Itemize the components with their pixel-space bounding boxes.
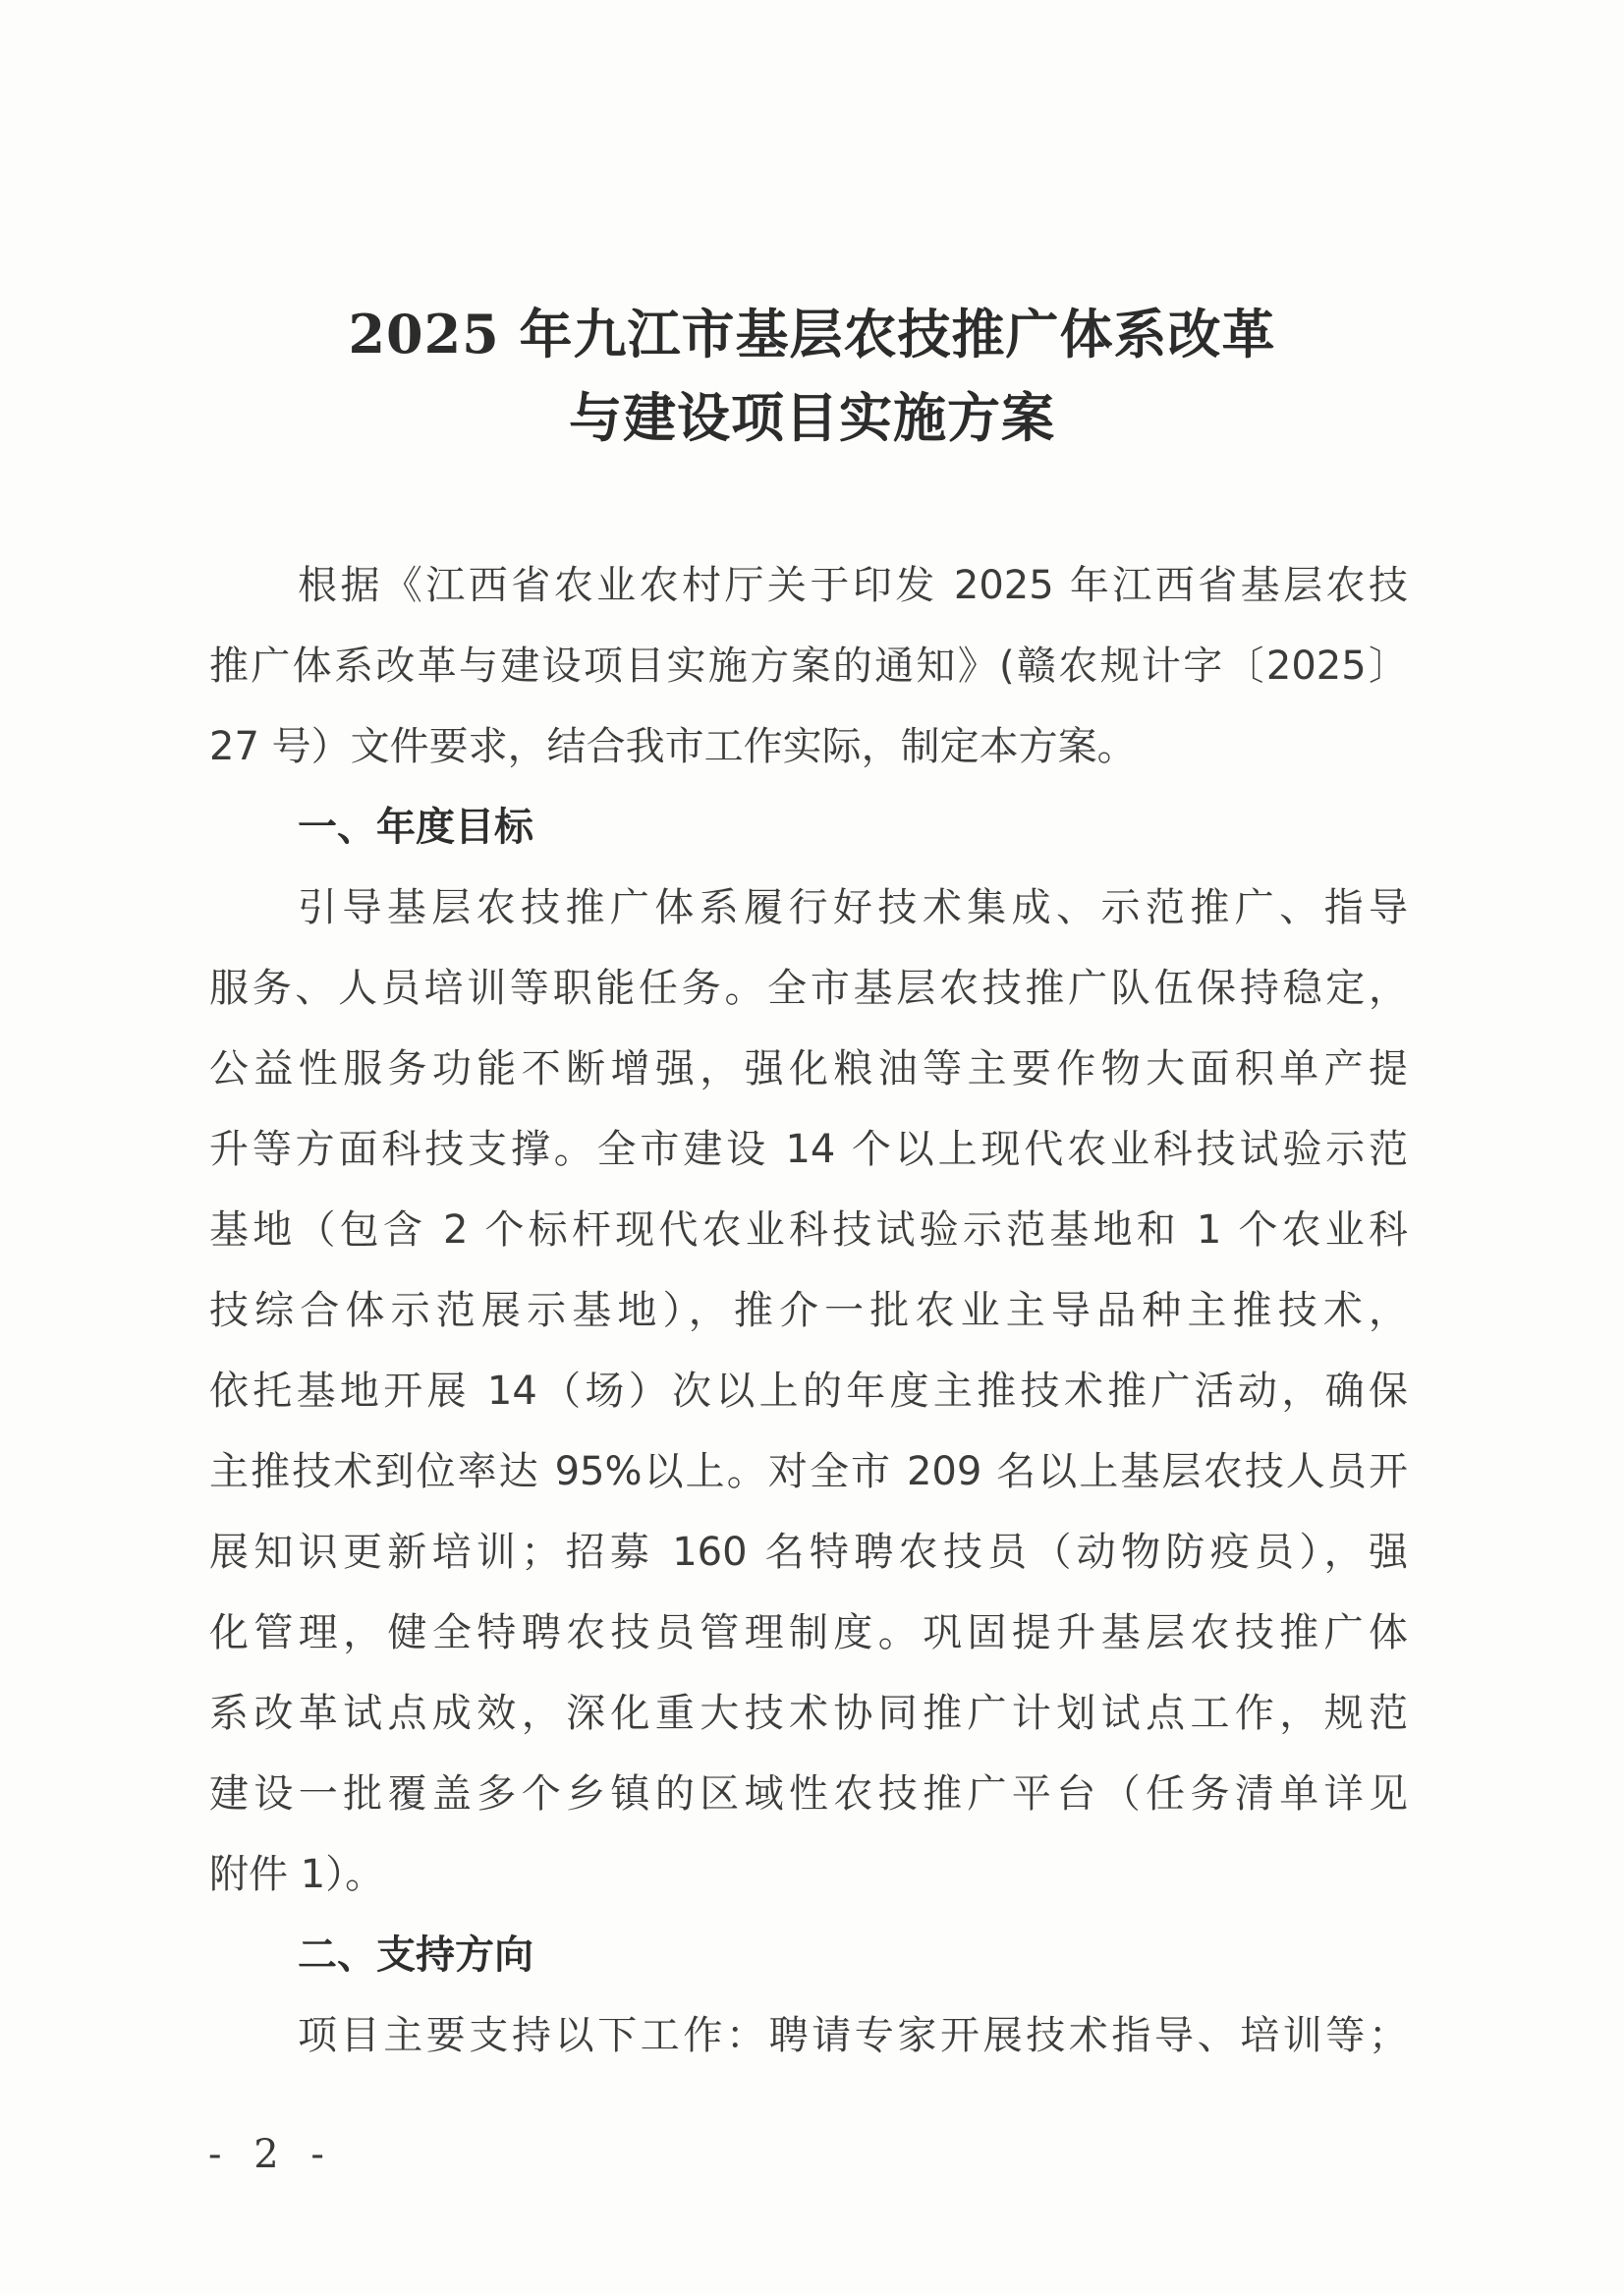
section-1-paragraph-line: 化管理，健全特聘农技员管理制度。巩固提升基层农技推广体	[209, 1593, 1408, 1673]
section-1-paragraph-line: 技综合体示范展示基地），推介一批农业主导品种主推技术，	[209, 1270, 1408, 1351]
document-title-line-2: 与建设项目实施方案	[0, 378, 1624, 457]
section-heading-annual-goals: 一、年度目标	[209, 787, 1408, 868]
section-1-paragraph-line: 引导基层农技推广体系履行好技术集成、示范推广、指导	[209, 868, 1408, 948]
section-1-paragraph-line: 服务、人员培训等职能任务。全市基层农技推广队伍保持稳定，	[209, 948, 1408, 1029]
section-1-paragraph-line: 升等方面科技支撑。全市建设 14 个以上现代农业科技试验示范	[209, 1109, 1408, 1190]
section-1-paragraph-line: 建设一批覆盖多个乡镇的区域性农技推广平台（任务清单详见	[209, 1754, 1408, 1834]
intro-paragraph-line: 27 号）文件要求，结合我市工作实际，制定本方案。	[209, 706, 1408, 787]
page-number: - 2 -	[208, 2132, 334, 2177]
intro-paragraph-line: 推广体系改革与建设项目实施方案的通知》(赣农规计字〔2025〕	[209, 626, 1408, 706]
section-1-paragraph-line: 展知识更新培训；招募 160 名特聘农技员（动物防疫员），强	[209, 1512, 1408, 1593]
document-page: 2025 年九江市基层农技推广体系改革 与建设项目实施方案 根据《江西省农业农村…	[0, 0, 1624, 2295]
document-body: 根据《江西省农业农村厅关于印发 2025 年江西省基层农技 推广体系改革与建设项…	[209, 545, 1408, 2076]
section-1-paragraph-line: 依托基地开展 14（场）次以上的年度主推技术推广活动，确保	[209, 1351, 1408, 1431]
section-1-paragraph-line: 附件 1）。	[209, 1834, 1408, 1915]
section-1-paragraph-line: 公益性服务功能不断增强，强化粮油等主要作物大面积单产提	[209, 1029, 1408, 1109]
document-title-line-1: 2025 年九江市基层农技推广体系改革	[0, 295, 1624, 373]
intro-paragraph-line: 根据《江西省农业农村厅关于印发 2025 年江西省基层农技	[209, 545, 1408, 626]
section-1-paragraph-line: 主推技术到位率达 95%以上。对全市 209 名以上基层农技人员开	[209, 1431, 1408, 1512]
section-1-paragraph-line: 基地（包含 2 个标杆现代农业科技试验示范基地和 1 个农业科	[209, 1190, 1408, 1270]
section-2-paragraph-line: 项目主要支持以下工作：聘请专家开展技术指导、培训等；	[209, 1995, 1408, 2076]
section-heading-support-direction: 二、支持方向	[209, 1915, 1408, 1995]
section-1-paragraph-line: 系改革试点成效，深化重大技术协同推广计划试点工作，规范	[209, 1673, 1408, 1754]
